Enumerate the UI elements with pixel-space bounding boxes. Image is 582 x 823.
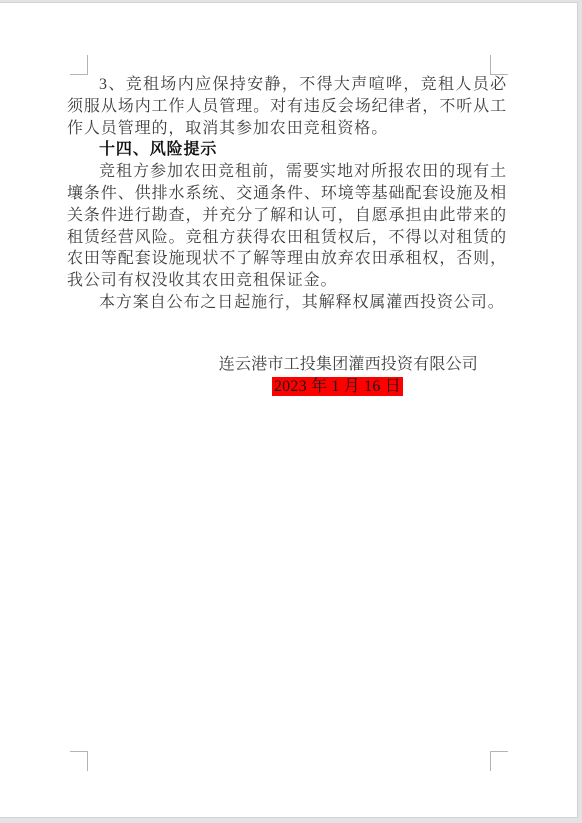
crop-mark-bottom-right	[490, 751, 508, 771]
signature-date-highlight: 2023 年 1 月 16 日	[272, 377, 403, 396]
section-heading-risk-notice: 十四、风险提示	[67, 139, 507, 161]
paragraph-risk-notice: 竞租方参加农田竞租前，需要实地对所报农田的现有土壤条件、供排水系统、交通条件、环…	[67, 161, 507, 292]
signature-company-name: 连云港市工投集团灌西投资有限公司	[67, 354, 507, 376]
signature-date-line: 2023 年 1 月 16 日	[67, 376, 507, 398]
crop-mark-bottom-left	[70, 751, 88, 771]
paragraph-effective-date: 本方案自公布之日起施行，其解释权属灌西投资公司。	[67, 292, 507, 314]
document-body: 3、竞租场内应保持安静，不得大声喧哗，竞租人员必须服从场内工作人员管理。对有违反…	[67, 74, 507, 397]
crop-mark-top-right	[490, 55, 508, 75]
document-page: 3、竞租场内应保持安静，不得大声喧哗，竞租人员必须服从场内工作人员管理。对有违反…	[0, 2, 578, 818]
paragraph-rule-3: 3、竞租场内应保持安静，不得大声喧哗，竞租人员必须服从场内工作人员管理。对有违反…	[67, 74, 507, 139]
crop-mark-top-left	[70, 55, 88, 75]
